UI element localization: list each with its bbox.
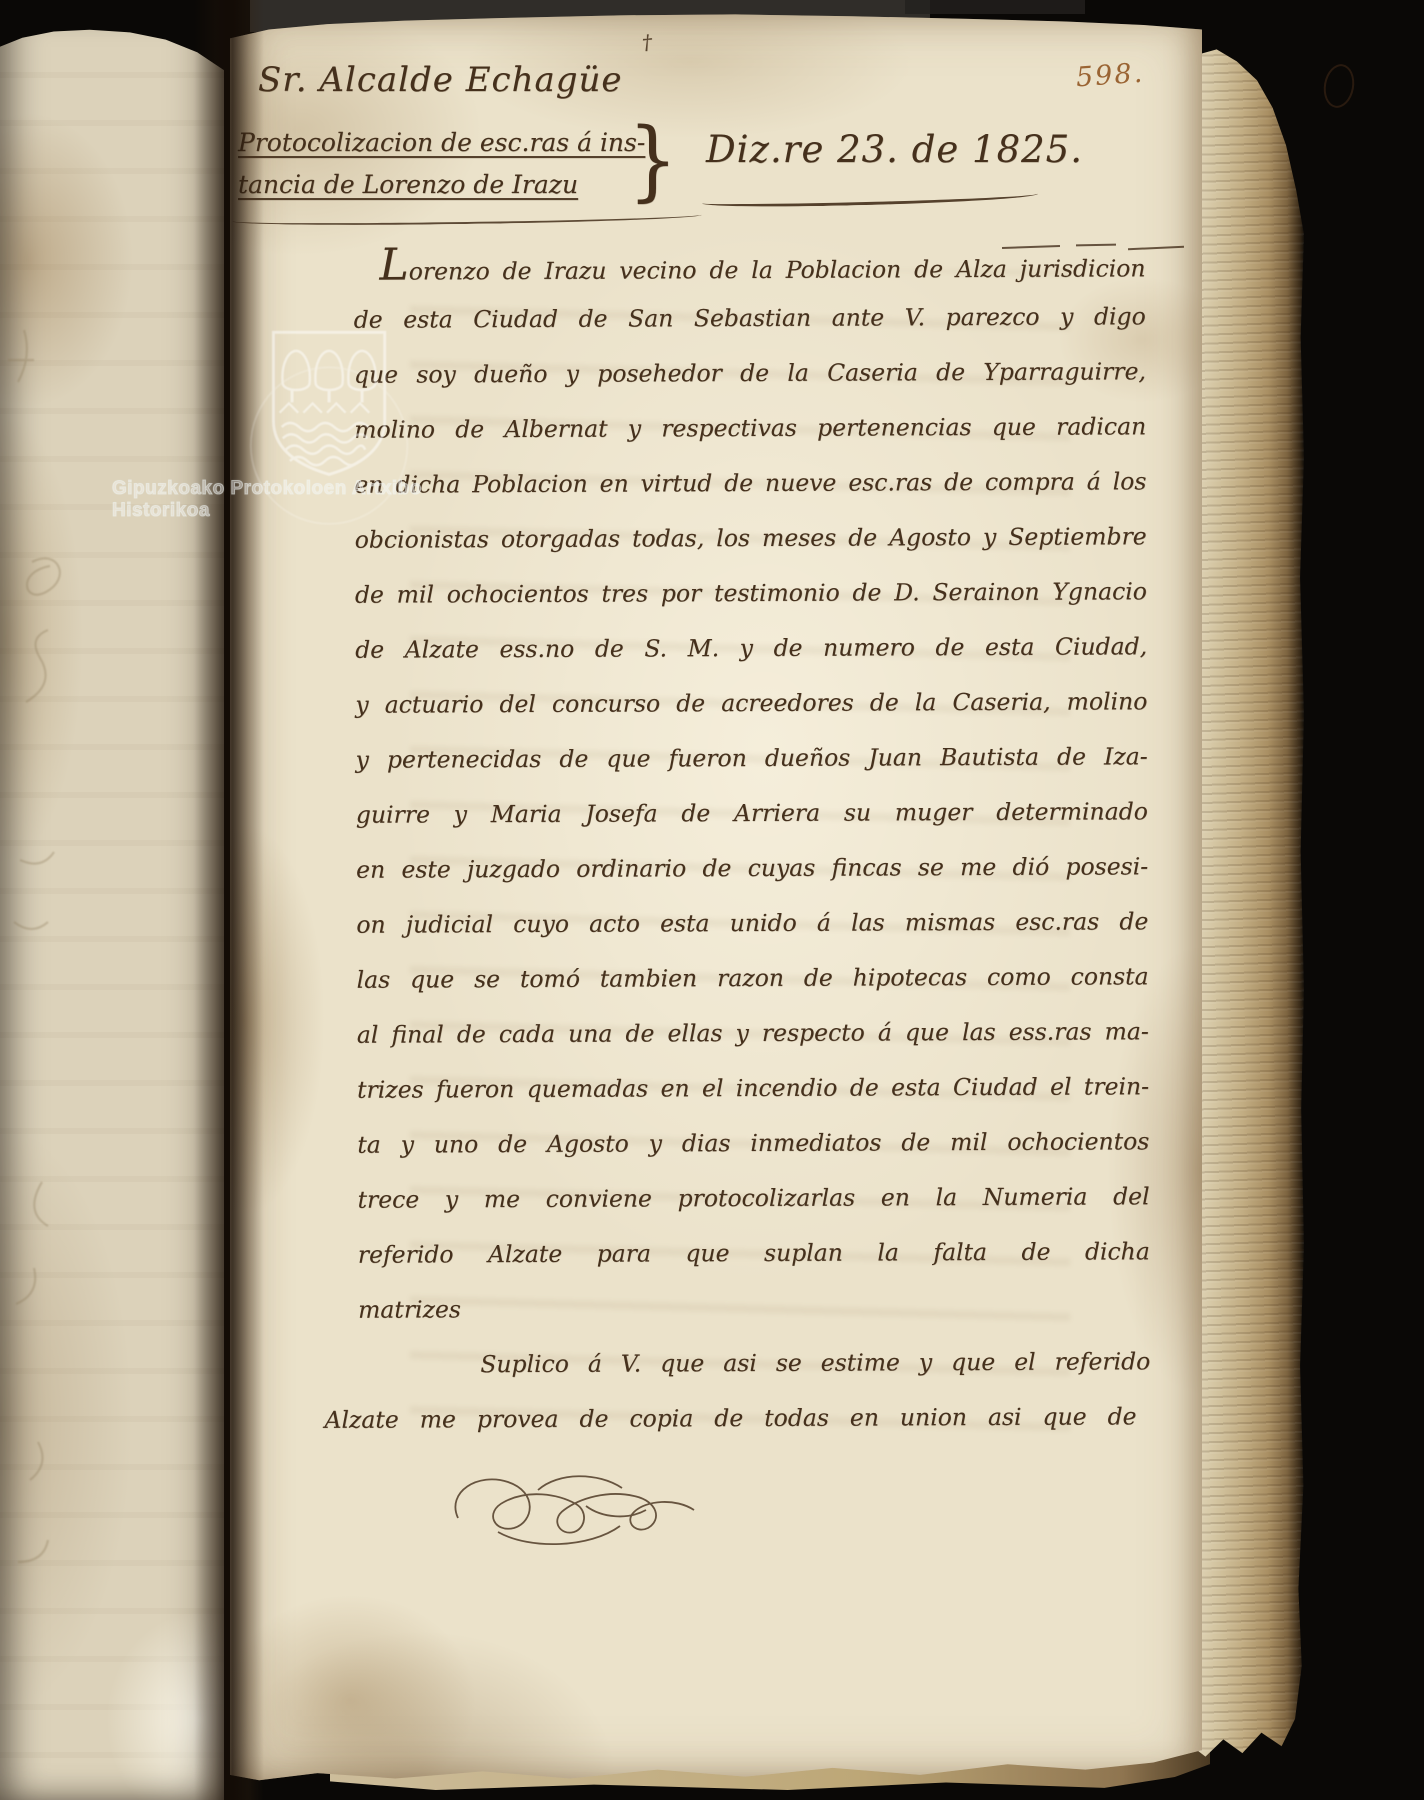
petition-body: Lorenzo de Irazu vecino de la Poblacion … xyxy=(353,234,1150,1447)
manuscript-line: y pertenecidas de que fueron dueños Juan… xyxy=(356,729,1148,787)
top-cross-mark: † xyxy=(641,30,653,55)
right-page-deckle-edges xyxy=(1192,46,1304,1760)
manuscript-scan: † Sr. Alcalde Echagüe Protocolizacion de… xyxy=(0,0,1424,1800)
manuscript-line: on judicial cuyo acto esta unido á las m… xyxy=(356,894,1148,952)
docket-line-1: Protocolizacion de esc.ras á ins- xyxy=(238,128,645,157)
manuscript-line: que soy dueño y posehedor de la Caseria … xyxy=(354,344,1146,402)
manuscript-line: Alzate me provea de copia de todas en un… xyxy=(324,1389,1136,1448)
date-underline-flourish xyxy=(702,188,1038,208)
manuscript-line: de mil ochocientos tres por testimonio d… xyxy=(355,564,1147,622)
docket-underline-flourish xyxy=(232,209,702,228)
manuscript-line: Suplico á V. que asi se estime y que el … xyxy=(358,1334,1150,1392)
manuscript-line: molino de Albernat y respectivas pertene… xyxy=(354,399,1146,457)
signature-flourish xyxy=(436,1460,736,1556)
header-addressee: Sr. Alcalde Echagüe xyxy=(258,60,623,100)
manuscript-line: al final de cada una de ellas y respecto… xyxy=(357,1004,1149,1062)
folio-number: 598. xyxy=(1075,58,1145,94)
archive-watermark-text: Gipuzkoako Protokoloen Artxibo Historiko… xyxy=(112,478,512,522)
manuscript-page: † Sr. Alcalde Echagüe Protocolizacion de… xyxy=(230,10,1202,1782)
bleedthrough-scribbles xyxy=(0,0,224,1800)
manuscript-line: matrizes xyxy=(358,1279,1150,1337)
manuscript-line: ta y uno de Agosto y dias inmediatos de … xyxy=(357,1114,1149,1172)
manuscript-line: referido Alzate para que suplan la falta… xyxy=(358,1224,1150,1282)
manuscript-line: en este juzgado ordinario de cuyas finca… xyxy=(356,839,1148,897)
manuscript-line: guirre y Maria Josefa de Arriera su muge… xyxy=(356,784,1148,842)
manuscript-line: de Alzate ess.no de S. M. y de numero de… xyxy=(355,619,1147,677)
manuscript-line: y actuario del concurso de acreedores de… xyxy=(355,674,1147,732)
background-cloth-band xyxy=(905,0,1085,14)
manuscript-line: las que se tomó tambien razon de hipotec… xyxy=(356,949,1148,1007)
manuscript-line: trece y me conviene protocolizarlas en l… xyxy=(357,1169,1149,1227)
manuscript-line: Lorenzo de Irazu vecino de la Poblacion … xyxy=(353,234,1145,292)
manuscript-line: trizes fueron quemadas en el incendio de… xyxy=(357,1059,1149,1117)
ink-mark-page-edge xyxy=(1320,62,1357,111)
docket-brace: } xyxy=(628,111,678,212)
manuscript-line: de esta Ciudad de San Sebastian ante V. … xyxy=(354,289,1146,347)
docket-line-2: tancia de Lorenzo de Irazu xyxy=(238,170,578,199)
date-heading: Diz.re 23. de 1825. xyxy=(706,128,1083,171)
